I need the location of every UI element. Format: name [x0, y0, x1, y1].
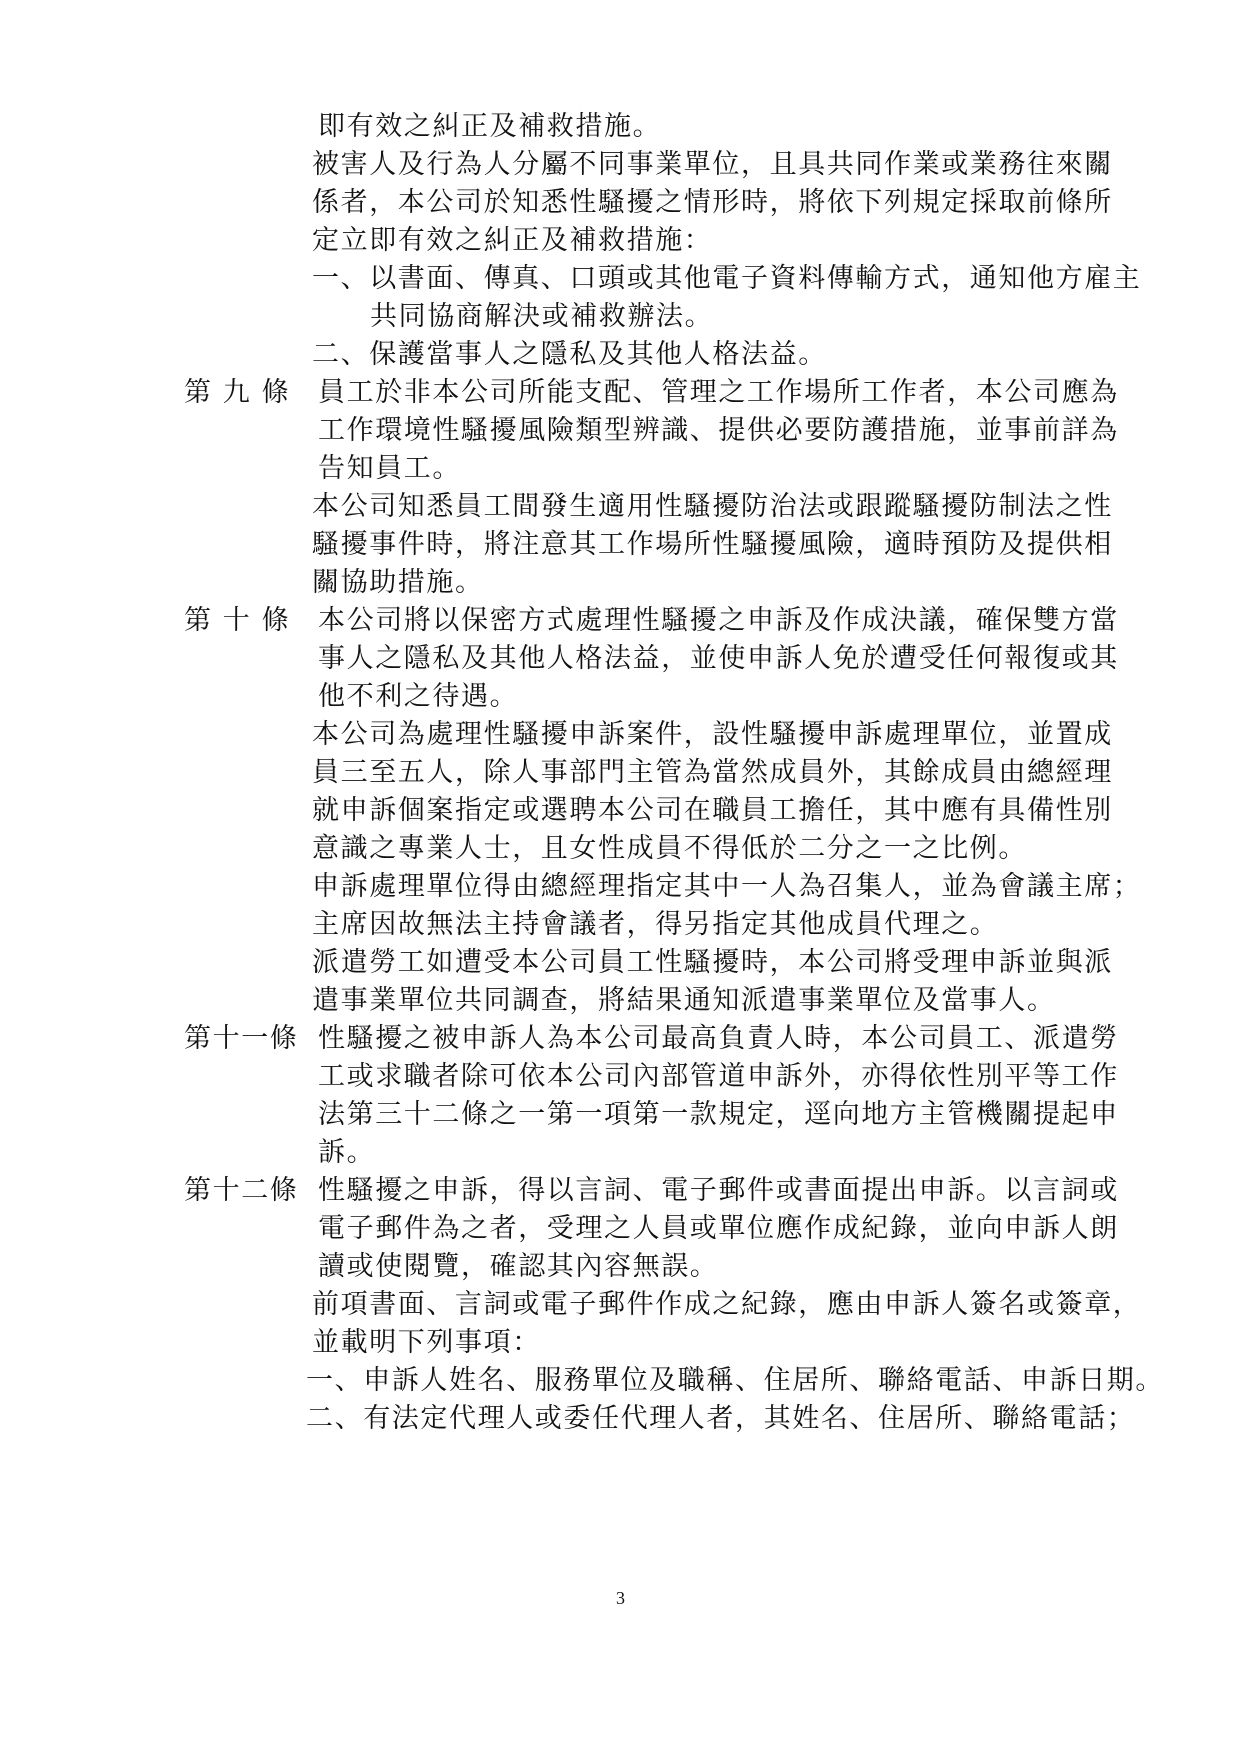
text-line: 被害人及行為人分屬不同事業單位，且具共同作業或業務往來關 — [312, 146, 1113, 184]
text-line: 前項書面、言詞或電子郵件作成之紀錄，應由申訴人簽名或簽章， — [312, 1286, 1141, 1324]
text-line: 主席因故無法主持會議者，得另指定其他成員代理之。 — [312, 906, 998, 944]
text-line: 申訴處理單位得由總經理指定其中一人為召集人，並為會議主席； — [312, 868, 1141, 906]
text-line: 本公司為處理性騷擾申訴案件，設性騷擾申訴處理單位，並置成 — [312, 716, 1113, 754]
article-label-11: 第十一條 — [184, 1020, 298, 1058]
text-line: 騷擾事件時，將注意其工作場所性騷擾風險，適時預防及提供相 — [312, 526, 1113, 564]
text-line: 工作環境性騷擾風險類型辨識、提供必要防護措施，並事前詳為 — [318, 412, 1119, 450]
text-line: 並載明下列事項： — [312, 1324, 541, 1362]
text-line: 讀或使閱覽，確認其內容無誤。 — [318, 1248, 718, 1286]
text-line: 員三至五人，除人事部門主管為當然成員外，其餘成員由總經理 — [312, 754, 1113, 792]
article-label-12: 第十二條 — [184, 1172, 298, 1210]
text-line: 係者，本公司於知悉性騷擾之情形時，將依下列規定採取前條所 — [312, 184, 1113, 222]
text-line: 告知員工。 — [318, 450, 461, 488]
text-line: 意識之專業人士，且女性成員不得低於二分之一之比例。 — [312, 830, 1027, 868]
text-line: 即有效之糾正及補救措施。 — [318, 108, 661, 146]
list-item-text: 一、以書面、傳真、口頭或其他電子資料傳輸方式，通知他方雇主 — [312, 260, 1141, 298]
text-line: 事人之隱私及其他人格法益，並使申訴人免於遭受任何報復或其 — [318, 640, 1119, 678]
article-label-9: 第 九 條 — [184, 374, 290, 412]
article-text: 性騷擾之被申訴人為本公司最高負責人時，本公司員工、派遣勞 — [318, 1020, 1119, 1058]
text-line: 法第三十二條之一第一項第一款規定，逕向地方主管機關提起申 — [318, 1096, 1119, 1134]
list-item-continuation: 共同協商解決或補救辦法。 — [370, 298, 713, 336]
article-text: 本公司將以保密方式處理性騷擾之申訴及作成決議，確保雙方當 — [318, 602, 1119, 640]
text-line: 定立即有效之糾正及補救措施： — [312, 222, 712, 260]
text-line: 派遣勞工如遭受本公司員工性騷擾時，本公司將受理申訴並與派 — [312, 944, 1113, 982]
article-text: 員工於非本公司所能支配、管理之工作場所工作者，本公司應為 — [318, 374, 1119, 412]
text-line: 電子郵件為之者，受理之人員或單位應作成紀錄，並向申訴人朗 — [318, 1210, 1119, 1248]
text-line: 就申訴個案指定或選聘本公司在職員工擔任，其中應有具備性別 — [312, 792, 1113, 830]
document-page: 即有效之糾正及補救措施。 被害人及行為人分屬不同事業單位，且具共同作業或業務往來… — [0, 0, 1241, 1755]
list-item-text: 一、申訴人姓名、服務單位及職稱、住居所、聯絡電話、申訴日期。 — [306, 1362, 1164, 1400]
list-item-text: 二、保護當事人之隱私及其他人格法益。 — [312, 336, 827, 374]
text-line: 關協助措施。 — [312, 564, 484, 602]
text-line: 遣事業單位共同調查，將結果通知派遣事業單位及當事人。 — [312, 982, 1056, 1020]
text-line: 訴。 — [318, 1134, 375, 1172]
text-line: 工或求職者除可依本公司內部管道申訴外，亦得依性別平等工作 — [318, 1058, 1119, 1096]
page-number: 3 — [0, 1588, 1241, 1609]
text-line: 他不利之待遇。 — [318, 678, 518, 716]
article-label-10: 第 十 條 — [184, 602, 290, 640]
text-line: 本公司知悉員工間發生適用性騷擾防治法或跟蹤騷擾防制法之性 — [312, 488, 1113, 526]
list-item-text: 二、有法定代理人或委任代理人者，其姓名、住居所、聯絡電話； — [306, 1400, 1135, 1438]
article-text: 性騷擾之申訴，得以言詞、電子郵件或書面提出申訴。以言詞或 — [318, 1172, 1119, 1210]
